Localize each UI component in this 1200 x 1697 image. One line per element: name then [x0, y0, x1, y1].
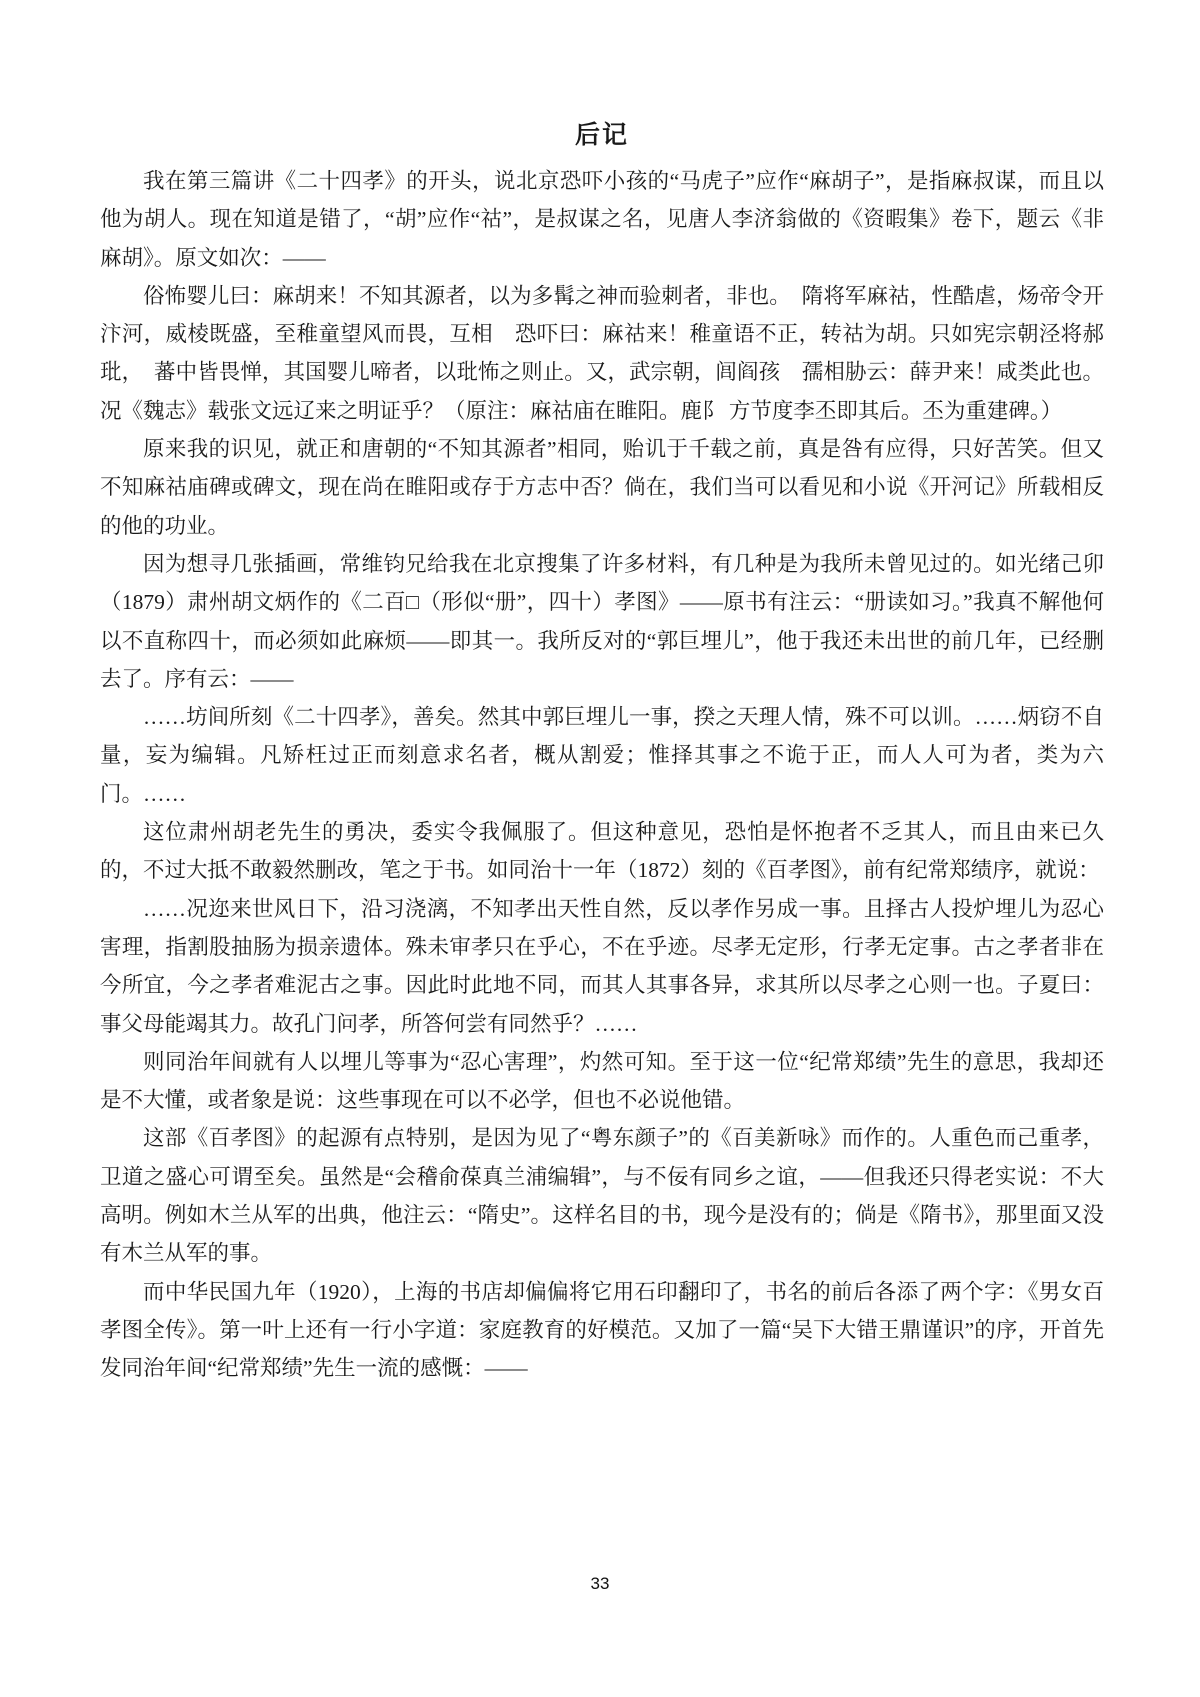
paragraph-2-quote: 俗怖婴儿曰：麻胡来！不知其源者，以为多髯之神而验刺者，非也。 隋将军麻祜，性酷虐… [100, 277, 1104, 430]
paragraph-10: 而中华民国九年（1920），上海的书店却偏偏将它用石印翻印了，书名的前后各添了两… [100, 1273, 1104, 1388]
paragraph-6: 这位肃州胡老先生的勇决，委实令我佩服了。但这种意见，恐怕是怀抱者不乏其人，而且由… [100, 813, 1104, 890]
paragraph-1: 我在第三篇讲《二十四孝》的开头，说北京恐吓小孩的“马虎子”应作“麻胡子”，是指麻… [100, 162, 1104, 277]
document-page: 后记 我在第三篇讲《二十四孝》的开头，说北京恐吓小孩的“马虎子”应作“麻胡子”，… [0, 0, 1200, 1697]
document-content: 后记 我在第三篇讲《二十四孝》的开头，说北京恐吓小孩的“马虎子”应作“麻胡子”，… [100, 116, 1104, 1388]
paragraph-4: 因为想寻几张插画，常维钧兄给我在北京搜集了许多材料，有几种是为我所未曾见过的。如… [100, 545, 1104, 698]
paragraph-5-quote: ……坊间所刻《二十四孝》，善矣。然其中郭巨埋儿一事，揆之天理人情，殊不可以训。…… [100, 698, 1104, 813]
paragraph-7-quote: ……况迩来世风日下，沿习浇漓，不知孝出天性自然，反以孝作另成一事。且择古人投炉埋… [100, 890, 1104, 1043]
paragraph-8: 则同治年间就有人以埋儿等事为“忍心害理”，灼然可知。至于这一位“纪常郑绩”先生的… [100, 1043, 1104, 1120]
paragraph-3: 原来我的识见，就正和唐朝的“不知其源者”相同，贻讥于千载之前，真是咎有应得，只好… [100, 430, 1104, 545]
page-title: 后记 [100, 116, 1104, 156]
paragraph-9: 这部《百孝图》的起源有点特别，是因为见了“粤东颜子”的《百美新咏》而作的。人重色… [100, 1119, 1104, 1272]
page-number: 33 [0, 1574, 1200, 1594]
